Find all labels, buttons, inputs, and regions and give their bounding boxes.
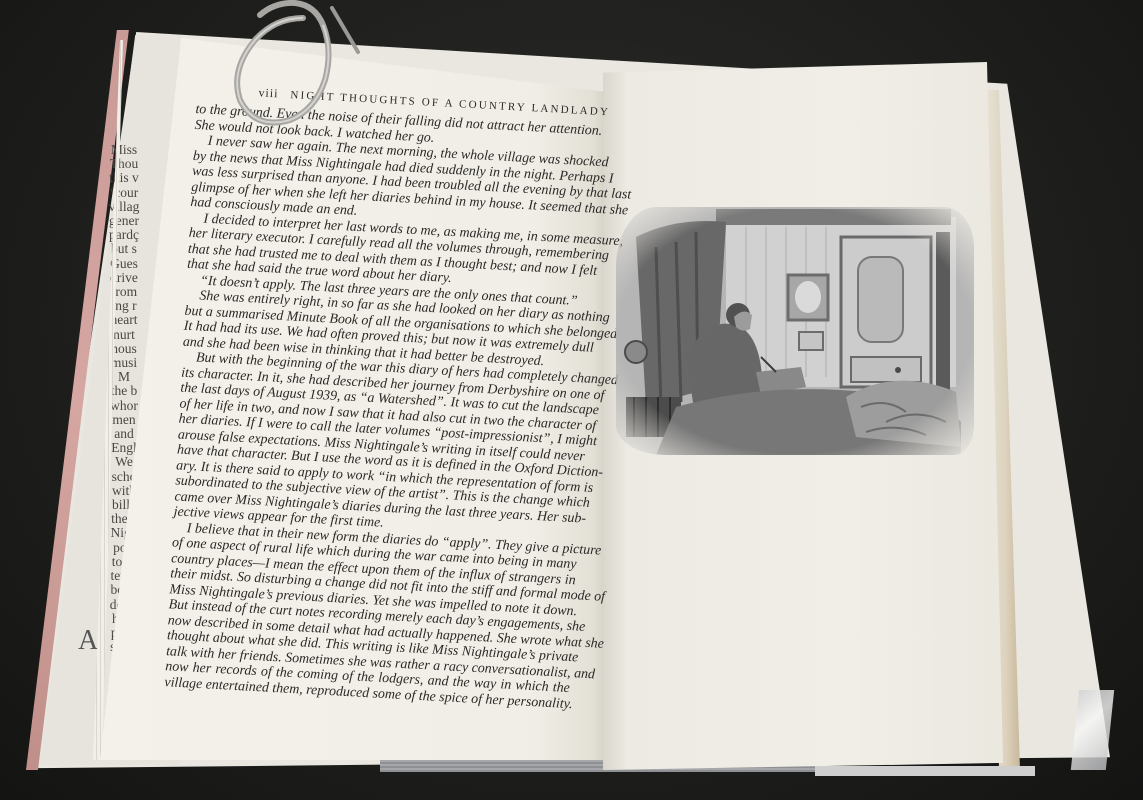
flap-text-line: villag	[74, 200, 174, 214]
book-spine-bottom-cover	[815, 766, 1035, 776]
left-page-text: viiiNIGHT THOUGHTS OF A COUNTRY LANDLADY…	[164, 82, 601, 712]
metal-bookmark	[215, 0, 365, 135]
book-photo: MissThouthis v‘courvillaggenerpardçbut s…	[0, 0, 1143, 800]
illustration-drawing	[616, 207, 974, 455]
plastic-jacket-cover	[1071, 690, 1114, 770]
flap-text-line: Miss	[74, 143, 174, 157]
flap-text-line: this v	[74, 171, 174, 185]
flap-text-line: Thou	[74, 157, 174, 171]
illustration-woman-writing-in-bed	[616, 207, 974, 455]
jacket-flap-initial: A	[78, 625, 98, 657]
flap-text-line: ‘cour	[74, 186, 174, 200]
body-text: to the ground. Even the noise of their f…	[164, 102, 600, 712]
flap-text-line: gener	[74, 214, 174, 228]
